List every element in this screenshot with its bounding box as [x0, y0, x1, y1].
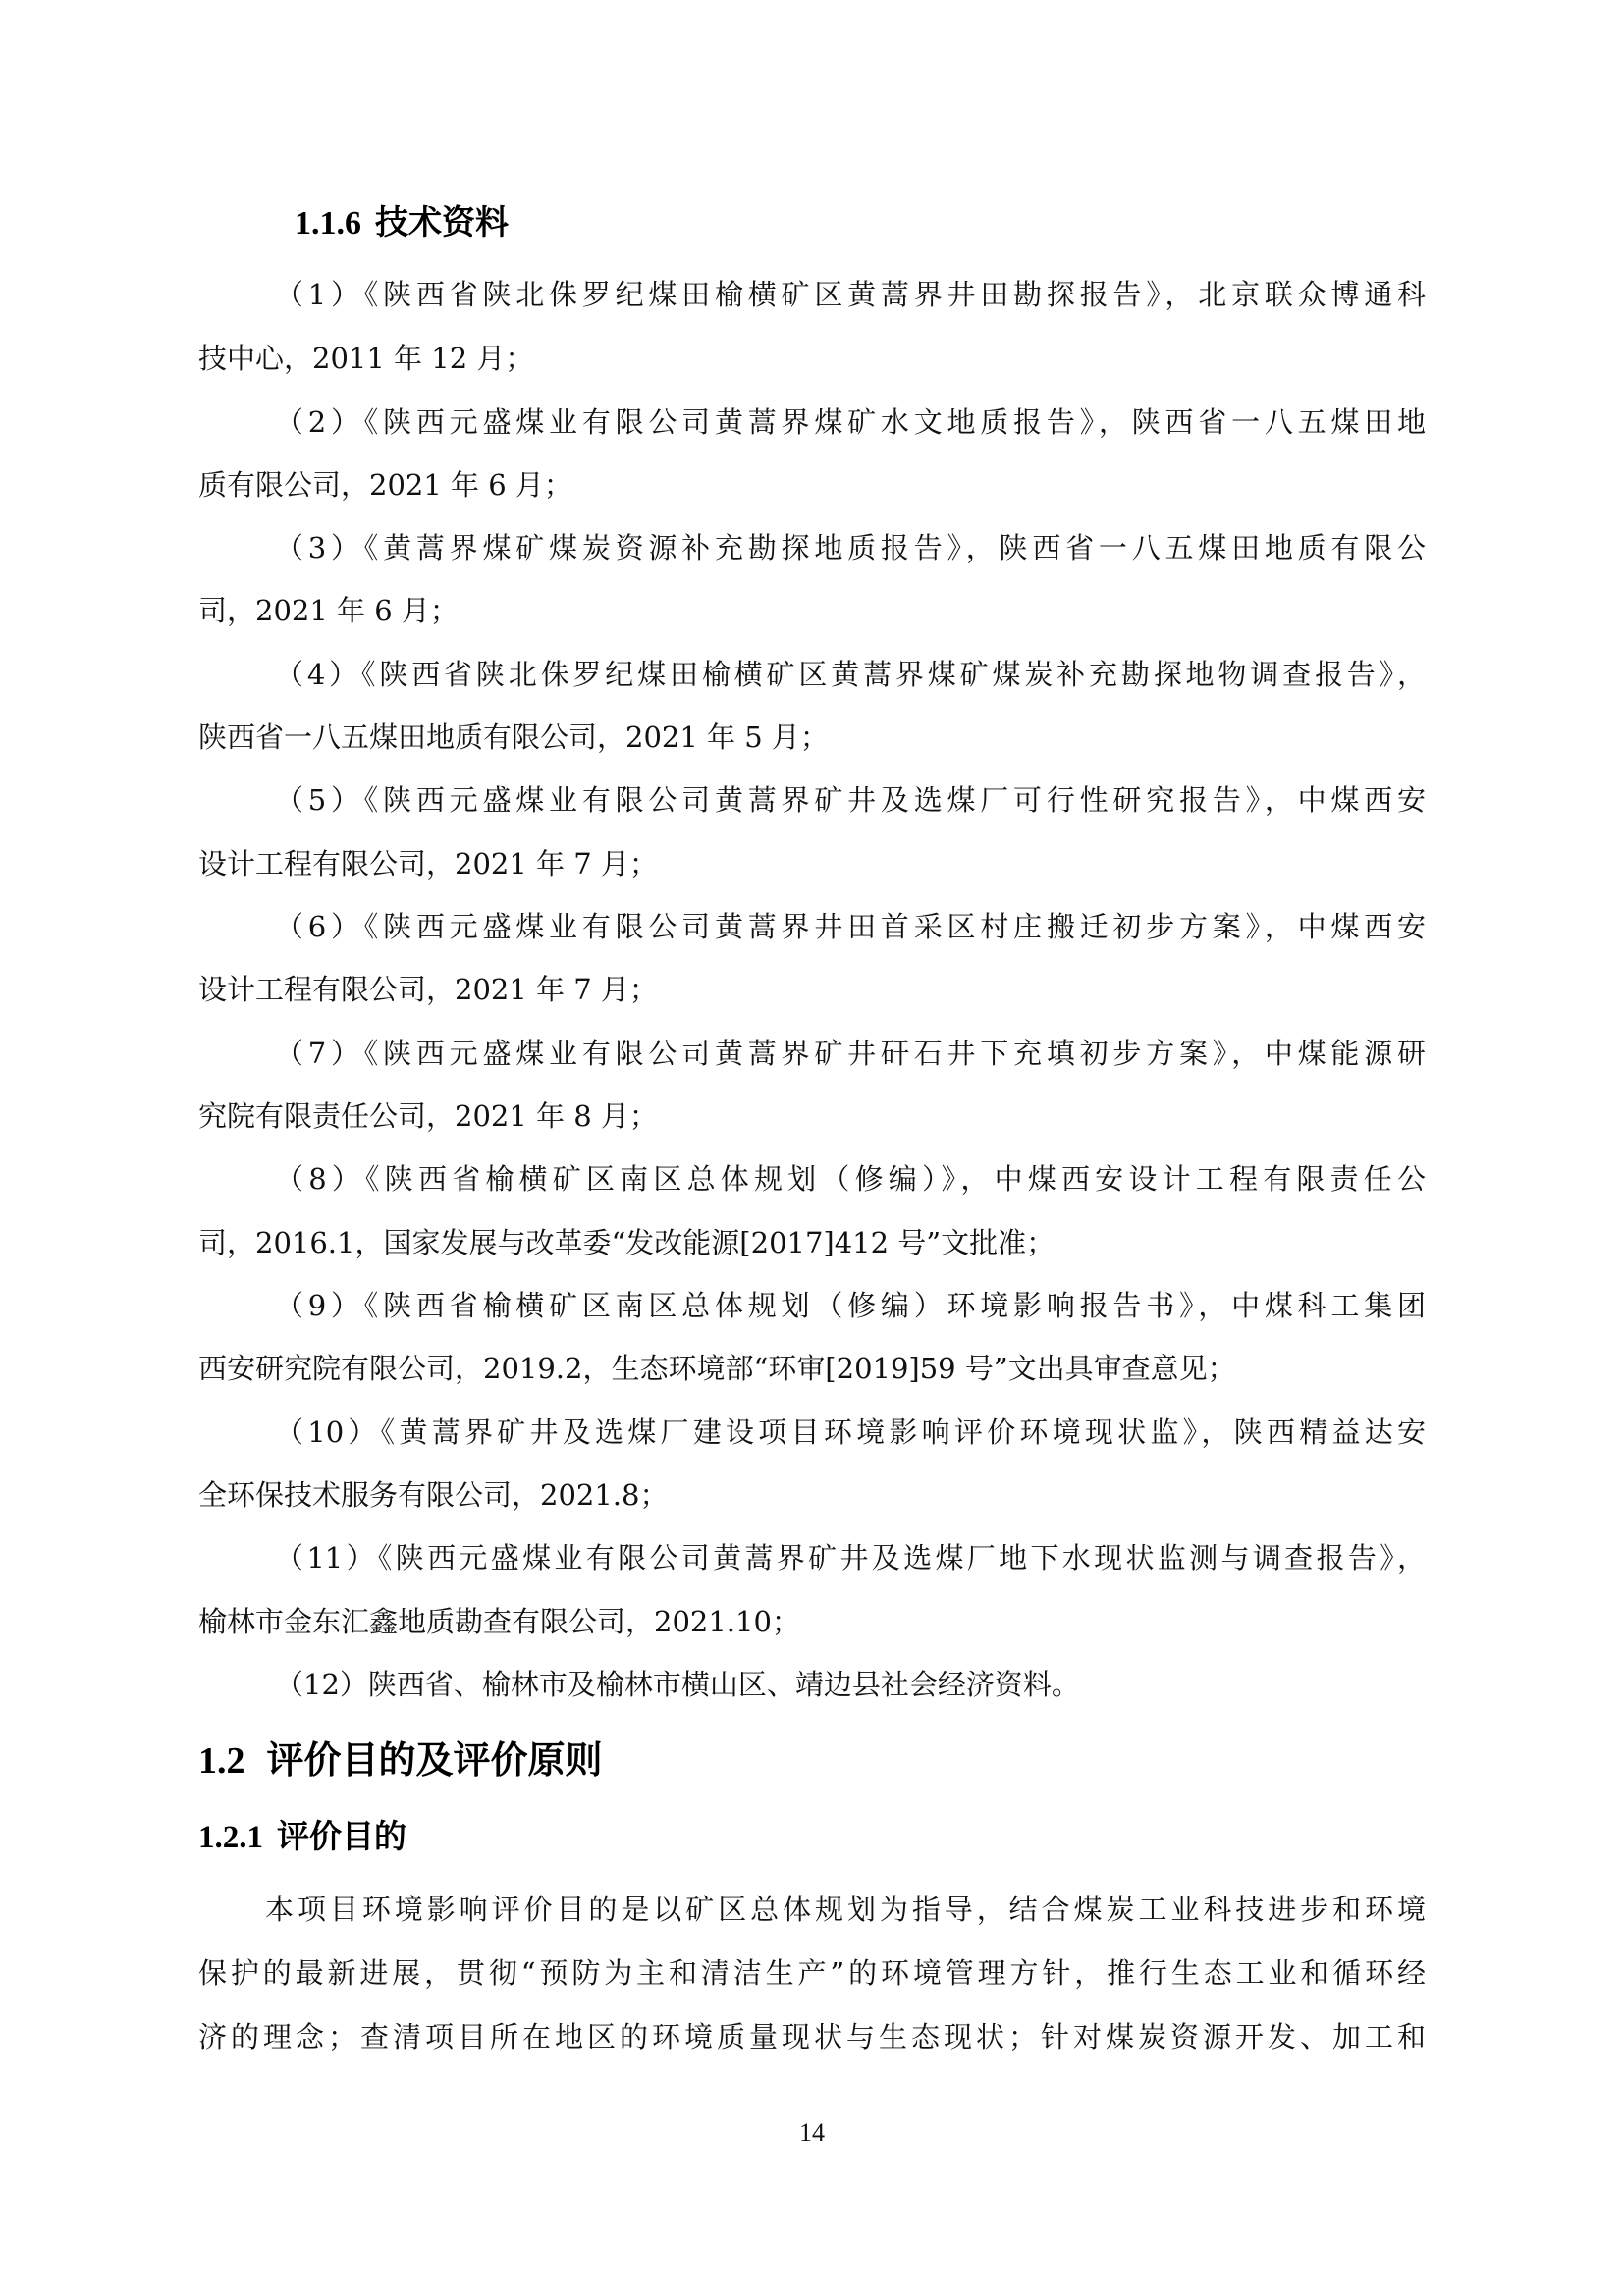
section-number: 1.2.1 [198, 1820, 263, 1855]
reference-10-line-2: 全环保技术服务有限公司，2021.8； [198, 1475, 1426, 1515]
section-title: 技术资料 [375, 203, 509, 242]
paragraph-line-3: 济的理念；查清项目所在地区的环境质量现状与生态现状；针对煤炭资源开发、加工和 [198, 2017, 1426, 2056]
reference-9-line-1: （9）《陕西省榆横矿区南区总体规划（修编）环境影响报告书》，中煤科工集团 [275, 1286, 1426, 1325]
reference-4-line-1: （4）《陕西省陕北侏罗纪煤田榆横矿区黄蒿界煤矿煤炭补充勘探地物调查报告》， [275, 655, 1426, 694]
reference-9-line-2: 西安研究院有限公司，2019.2，生态环境部“环审[2019]59 号”文出具审… [198, 1349, 1426, 1388]
reference-6-line-2: 设计工程有限公司，2021 年 7 月； [198, 970, 1426, 1009]
reference-2-line-2: 质有限公司，2021 年 6 月； [198, 465, 1426, 505]
section-number: 1.1.6 [295, 205, 361, 241]
section-number: 1.2 [198, 1740, 245, 1782]
document-page: 1.1.6技术资料 （1）《陕西省陕北侏罗纪煤田榆横矿区黄蒿界井田勘探报告》，北… [0, 0, 1624, 2296]
reference-2-line-1: （2）《陕西元盛煤业有限公司黄蒿界煤矿水文地质报告》，陕西省一八五煤田地 [275, 402, 1426, 442]
section-heading-1-1-6: 1.1.6技术资料 [295, 201, 509, 245]
reference-5-line-1: （5）《陕西元盛煤业有限公司黄蒿界矿井及选煤厂可行性研究报告》，中煤西安 [275, 780, 1426, 820]
reference-10-line-1: （10）《黄蒿界矿井及选煤厂建设项目环境影响评价环境现状监》，陕西精益达安 [275, 1413, 1426, 1452]
section-heading-1-2: 1.2评价目的及评价原则 [198, 1735, 603, 1786]
section-title: 评价目的 [277, 1817, 406, 1855]
reference-12-line-1: （12）陕西省、榆林市及榆林市横山区、靖边县社会经济资料。 [275, 1665, 1426, 1704]
section-heading-1-2-1: 1.2.1评价目的 [198, 1815, 406, 1859]
reference-11-line-1: （11）《陕西元盛煤业有限公司黄蒿界矿井及选煤厂地下水现状监测与调查报告》， [275, 1538, 1426, 1577]
paragraph-line-2: 保护的最新进展，贯彻“预防为主和清洁生产”的环境管理方针，推行生态工业和循环经 [198, 1953, 1426, 1993]
reference-3-line-1: （3）《黄蒿界煤矿煤炭资源补充勘探地质报告》，陕西省一八五煤田地质有限公 [275, 528, 1426, 567]
reference-7-line-1: （7）《陕西元盛煤业有限公司黄蒿界矿井矸石井下充填初步方案》，中煤能源研 [275, 1034, 1426, 1073]
paragraph-line-1: 本项目环境影响评价目的是以矿区总体规划为指导，结合煤炭工业科技进步和环境 [265, 1890, 1426, 1929]
reference-8-line-1: （8）《陕西省榆横矿区南区总体规划（修编）》，中煤西安设计工程有限责任公 [275, 1159, 1426, 1199]
reference-5-line-2: 设计工程有限公司，2021 年 7 月； [198, 844, 1426, 883]
reference-4-line-2: 陕西省一八五煤田地质有限公司，2021 年 5 月； [198, 718, 1426, 757]
reference-1-line-2: 技中心，2011 年 12 月； [198, 339, 1426, 378]
reference-1-line-1: （1）《陕西省陕北侏罗纪煤田榆横矿区黄蒿界井田勘探报告》，北京联众博通科 [275, 275, 1426, 314]
reference-11-line-2: 榆林市金东汇鑫地质勘查有限公司，2021.10； [198, 1602, 1426, 1641]
reference-3-line-2: 司，2021 年 6 月； [198, 591, 1426, 630]
reference-7-line-2: 究院有限责任公司，2021 年 8 月； [198, 1096, 1426, 1136]
page-number: 14 [0, 2118, 1624, 2148]
reference-6-line-1: （6）《陕西元盛煤业有限公司黄蒿界井田首采区村庄搬迁初步方案》，中煤西安 [275, 907, 1426, 946]
section-title: 评价目的及评价原则 [267, 1738, 603, 1782]
reference-8-line-2: 司，2016.1，国家发展与改革委“发改能源[2017]412 号”文批准； [198, 1223, 1426, 1262]
